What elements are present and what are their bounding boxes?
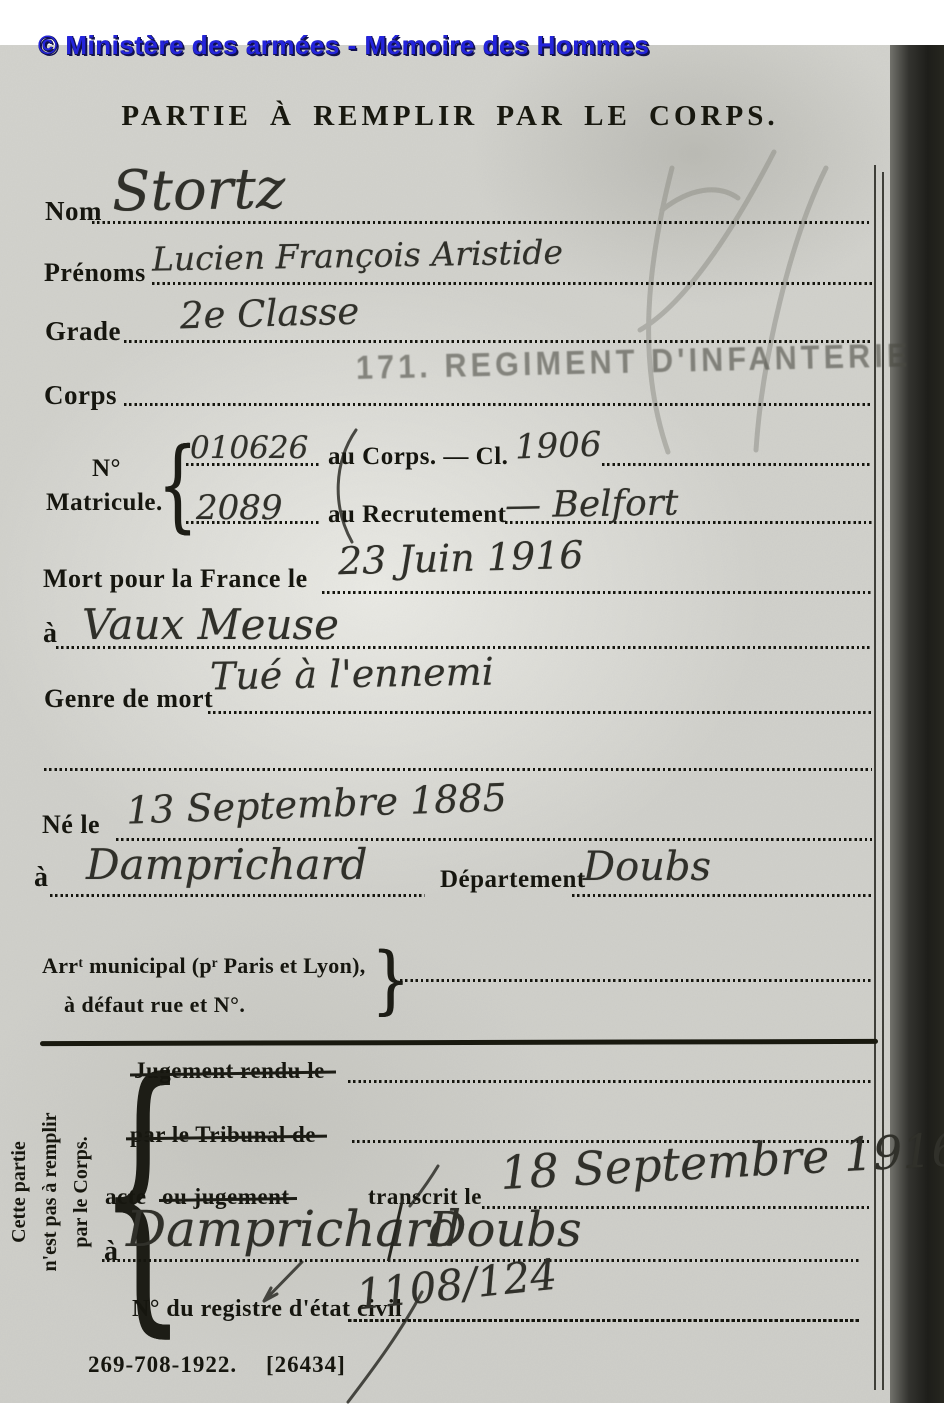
- genre-line: [208, 711, 872, 714]
- spare-line: [44, 768, 872, 771]
- nom-value: Stortz: [111, 156, 285, 224]
- prenoms-line: [152, 282, 872, 285]
- ne-lieu-value: Damprichard: [86, 840, 368, 889]
- departement-label: Département: [440, 866, 586, 894]
- genre-value: Tué à l'ennemi: [210, 650, 495, 699]
- side-note-line3: par le Corps.: [66, 1052, 97, 1332]
- corps-line: [124, 403, 872, 406]
- civil-dept-value: Doubs: [428, 1202, 582, 1258]
- matricule-no-label: N°: [92, 455, 121, 483]
- side-note-line1: Cette partie: [4, 1052, 35, 1332]
- footer-batch: [26434]: [266, 1352, 346, 1378]
- matricule-label: Matricule.: [46, 489, 163, 517]
- mort-label: Mort pour la France le: [43, 564, 308, 594]
- grade-value: 2e Classe: [179, 290, 359, 338]
- side-note-line2: n'est pas à remplir: [35, 1052, 66, 1332]
- matricule-corps-line: [186, 463, 320, 466]
- ne-lieu-label: à: [34, 862, 49, 894]
- matricule-recr-place: — Belfort: [505, 482, 679, 526]
- mort-lieu-value: Vaux Meuse: [82, 600, 339, 649]
- mort-value: 23 Juin 1916: [337, 533, 584, 583]
- prenoms-label: Prénoms: [44, 258, 146, 288]
- genre-label: Genre de mort: [44, 684, 213, 714]
- jugement-label: Jugement rendu le: [134, 1058, 325, 1084]
- matricule-recr-suffix: au Recrutement: [328, 501, 506, 529]
- arr-label-line2: à défaut rue et N°.: [64, 992, 245, 1018]
- jugement-line: [348, 1080, 872, 1083]
- footer-ref: 269-708-1922.: [88, 1352, 237, 1378]
- grade-label: Grade: [45, 316, 121, 347]
- departement-line: [572, 894, 872, 897]
- mort-line: [322, 591, 872, 594]
- registre-line: [348, 1319, 860, 1322]
- arr-line: [400, 979, 872, 982]
- matricule-classe-line: [602, 463, 872, 466]
- matricule-corps-value: 010626: [190, 430, 308, 466]
- departement-value: Doubs: [583, 844, 711, 890]
- arr-label-line1: Arrᵗ municipal (pʳ Paris et Lyon),: [42, 953, 366, 979]
- matricule-classe-value: 1906: [514, 425, 602, 468]
- civil-lieu-label: à: [104, 1236, 119, 1268]
- copyright-watermark: © Ministère des armées - Mémoire des Hom…: [38, 30, 649, 61]
- civil-lieu-value: Damprichard: [126, 1200, 461, 1258]
- ne-lieu-line: [50, 894, 425, 897]
- prenoms-value: Lucien François Aristide: [152, 232, 564, 278]
- ne-label: Né le: [42, 810, 100, 840]
- book-binding-shadow: [890, 45, 944, 1403]
- scanned-record-page: © Ministère des armées - Mémoire des Hom…: [0, 0, 944, 1417]
- corps-label: Corps: [44, 380, 117, 411]
- matricule-recr-line: [186, 521, 320, 524]
- page-title: PARTIE À REMPLIR PAR LE CORPS.: [120, 100, 780, 133]
- side-note: Cette partie n'est pas à remplir par le …: [4, 1052, 104, 1332]
- matricule-corps-suffix: au Corps. — Cl.: [328, 443, 508, 471]
- tribunal-label: par le Tribunal de: [130, 1122, 316, 1148]
